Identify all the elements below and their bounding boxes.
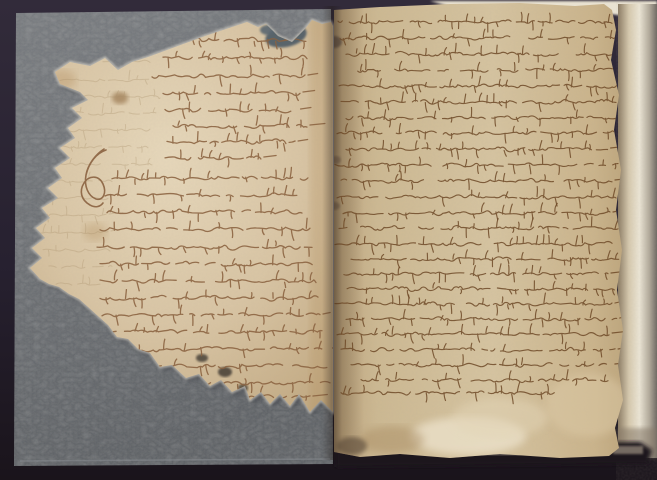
manuscript-scan-svg [0, 0, 657, 480]
left-page [10, 5, 340, 470]
stain [360, 426, 424, 454]
manuscript-scan [0, 0, 657, 480]
fore-edge-texture [618, 4, 657, 458]
right-page [326, 0, 636, 460]
pale-worn-patch [452, 398, 548, 438]
gutter-shadow [322, 6, 342, 460]
stain [112, 92, 128, 104]
